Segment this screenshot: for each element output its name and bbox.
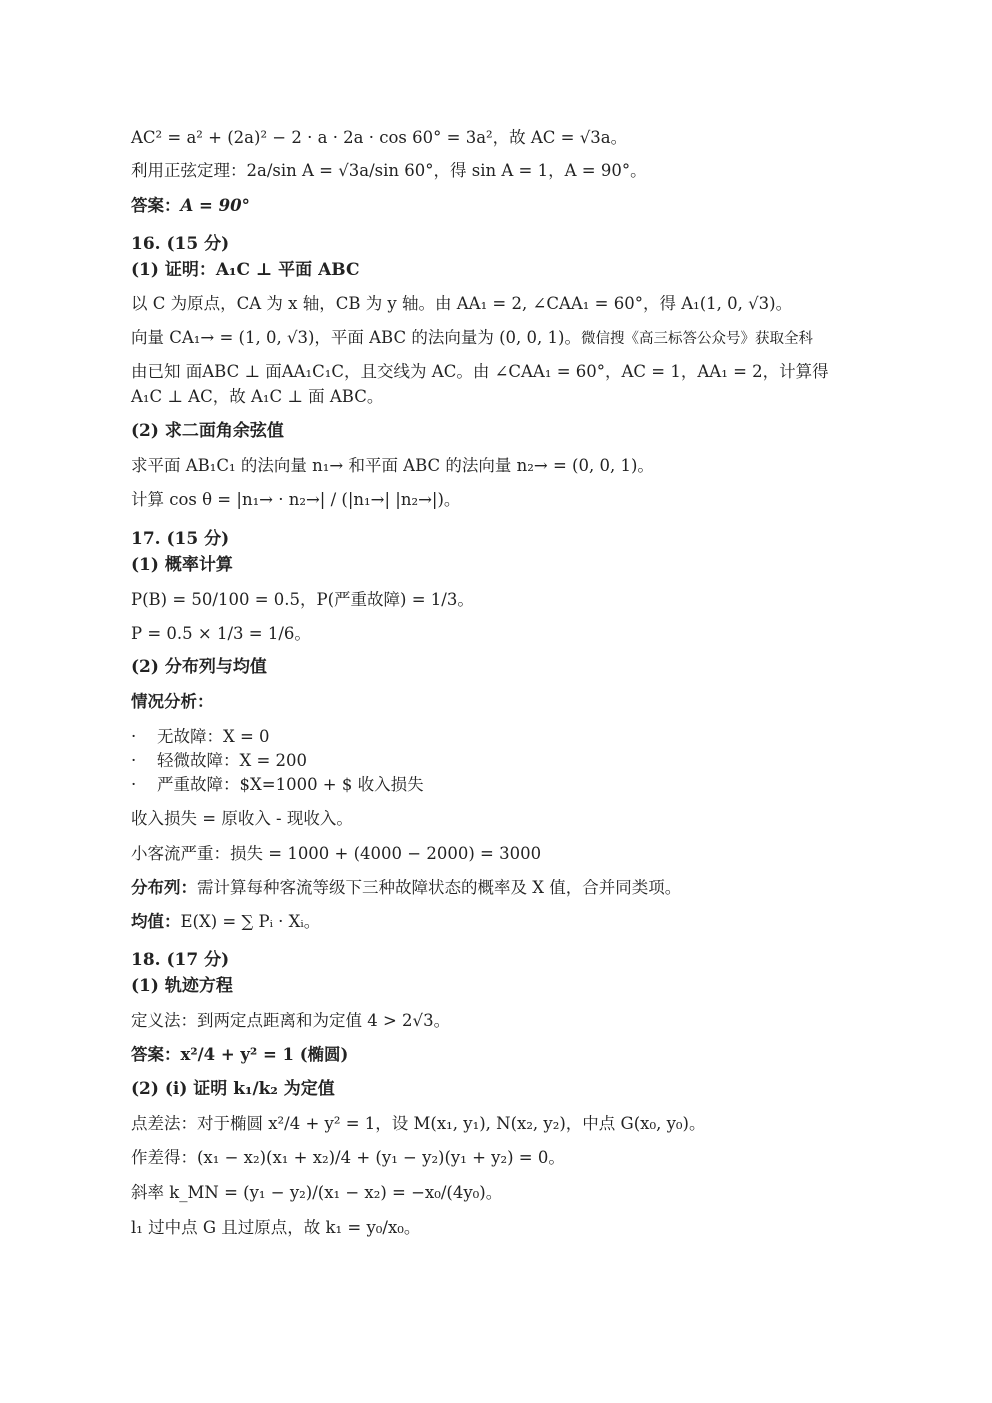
bullet-dot-icon: ·: [131, 774, 157, 796]
q17-part1-title: (1) 概率计算: [131, 554, 233, 576]
q15-equation-ac: AC² = a² + (2a)² − 2 · a · 2a · cos 60° …: [131, 127, 627, 149]
q16-title: 16. (15 分): [131, 233, 229, 255]
q15-sine-rule: 利用正弦定理：2a/sin A = √3a/sin 60°，得 sin A = …: [131, 160, 647, 182]
q17-distribution: 分布列：需计算每种客流等级下三种故障状态的概率及 X 值，合并同类项。: [131, 877, 681, 899]
answer-label: 答案：: [131, 196, 181, 215]
q18-title: 18. (17 分): [131, 949, 229, 971]
bullet-text: 无故障：X = 0: [157, 727, 270, 746]
q17-prob-line1: P(B) = 50/100 = 0.5，P(严重故障) = 1/3。: [131, 589, 474, 611]
q16-part1-title: (1) 证明：A₁C ⊥ 平面 ABC: [131, 259, 359, 281]
q18-part2-title: (2) (i) 证明 k₁/k₂ 为定值: [131, 1078, 335, 1100]
q17-prob-line2: P = 0.5 × 1/3 = 1/6。: [131, 623, 311, 645]
q18-k1: l₁ 过中点 G 且过原点，故 k₁ = y₀/x₀。: [131, 1217, 420, 1239]
q17-small-flow: 小客流严重：损失 = 1000 + (4000 − 2000) = 3000: [131, 843, 541, 865]
q16-part2-title: (2) 求二面角余弦值: [131, 420, 284, 442]
q18-point-diff: 点差法：对于椭圆 x²/4 + y² = 1，设 M(x₁, y₁), N(x₂…: [131, 1113, 705, 1135]
q17-mean: 均值：E(X) = ∑ Pᵢ · Xᵢ。: [131, 911, 320, 933]
answer-value: x²/4 + y² = 1 (椭圆): [181, 1045, 349, 1064]
answer-label: 答案：: [131, 1045, 181, 1064]
q18-subtract: 作差得：(x₁ − x₂)(x₁ + x₂)/4 + (y₁ − y₂)(y₁ …: [131, 1147, 565, 1169]
bullet-item: ·轻微故障：X = 200: [131, 750, 307, 772]
q18-answer: 答案：x²/4 + y² = 1 (椭圆): [131, 1044, 348, 1066]
bullet-item: ·无故障：X = 0: [131, 726, 270, 748]
bullet-dot-icon: ·: [131, 750, 157, 772]
q15-answer: 答案：A = 90°: [131, 195, 250, 217]
q16-proof-line2: A₁C ⊥ AC，故 A₁C ⊥ 面 ABC。: [131, 386, 383, 408]
bullet-dot-icon: ·: [131, 726, 157, 748]
watermark: 微信搜《高三标答公众号》获取全科: [581, 331, 813, 347]
bullet-text: 轻微故障：X = 200: [157, 751, 307, 770]
q16-normal-vectors: 求平面 AB₁C₁ 的法向量 n₁→ 和平面 ABC 的法向量 n₂→ = (0…: [131, 455, 654, 477]
mean-text: E(X) = ∑ Pᵢ · Xᵢ。: [181, 912, 321, 931]
bullet-item: ·严重故障：$X=1000 + $ 收入损失: [131, 774, 424, 796]
q16-coord-setup: 以 C 为原点，CA 为 x 轴，CB 为 y 轴。由 AA₁ = 2, ∠CA…: [131, 293, 792, 315]
q16-cos-formula: 计算 cos θ = |n₁→ · n₂→| / (|n₁→| |n₂→|)。: [131, 489, 460, 511]
q17-part2-title: (2) 分布列与均值: [131, 656, 267, 678]
q17-title: 17. (15 分): [131, 528, 229, 550]
bullet-text: 严重故障：$X=1000 + $ 收入损失: [157, 775, 424, 794]
q17-loss-def: 收入损失 = 原收入 - 现收入。: [131, 808, 353, 830]
q18-slope: 斜率 k_MN = (y₁ − y₂)/(x₁ − x₂) = −x₀/(4y₀…: [131, 1182, 502, 1204]
q18-definition: 定义法：到两定点距离和为定值 4 > 2√3。: [131, 1010, 450, 1032]
q16-vector-line: 向量 CA₁→ = (1, 0, √3)，平面 ABC 的法向量为 (0, 0,…: [131, 327, 813, 350]
vector-text: 向量 CA₁→ = (1, 0, √3)，平面 ABC 的法向量为 (0, 0,…: [131, 328, 581, 347]
answer-value: A = 90°: [181, 196, 250, 215]
dist-text: 需计算每种客流等级下三种故障状态的概率及 X 值，合并同类项。: [197, 878, 681, 897]
dist-label: 分布列：: [131, 878, 197, 897]
q16-proof-line1: 由已知 面ABC ⊥ 面AA₁C₁C，且交线为 AC。由 ∠CAA₁ = 60°…: [131, 361, 829, 383]
q17-analysis-label: 情况分析：: [131, 691, 214, 713]
mean-label: 均值：: [131, 912, 181, 931]
q18-part1-title: (1) 轨迹方程: [131, 975, 233, 997]
